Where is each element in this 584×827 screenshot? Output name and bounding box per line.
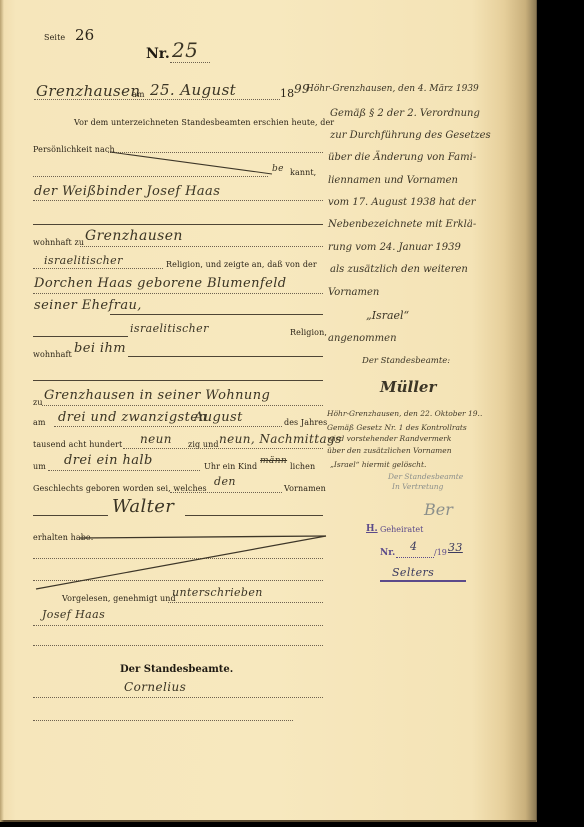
margin-note-line: Nebenbezeichnete mit Erklä- bbox=[328, 219, 476, 230]
margin-note-line: Höhr-Grenzhausen, den 22. Oktober 19.. bbox=[327, 409, 482, 418]
stamp-label: Geheiratet bbox=[380, 525, 423, 534]
stamp-nr-value: 4 bbox=[410, 540, 417, 553]
margin-note-signature: Ber bbox=[424, 500, 453, 519]
margin-note-line: über den zusätzlichen Vornamen bbox=[327, 446, 452, 455]
margin-note-signer-sub: In Vertretung bbox=[392, 482, 443, 491]
margin-note-line: „Israel“ hiermit gelöscht. bbox=[330, 460, 426, 469]
stamp-year-value: 33 bbox=[448, 541, 463, 554]
margin-note-line: Gemäß Gesetz Nr. 1 des Kontrollrats bbox=[327, 423, 467, 432]
stamp-prefix: H. bbox=[366, 524, 378, 534]
margin-note-line: zur Durchführung des Gesetzes bbox=[330, 130, 491, 141]
margin-note-line: angenommen bbox=[328, 333, 397, 344]
margin-note-quoted-name: „Israel“ bbox=[366, 309, 409, 322]
margin-note-line: Höhr-Grenzhausen, den 4. März 1939 bbox=[306, 84, 479, 94]
margin-note-signer-title: Der Standesbeamte: bbox=[362, 356, 450, 366]
margin-note-line: als zusätzlich den weiteren bbox=[330, 264, 468, 275]
margin-note-line: rung vom 24. Januar 1939 bbox=[328, 242, 461, 253]
margin-note-line: Vornamen bbox=[328, 287, 379, 298]
stamp-nr-label: Nr. bbox=[380, 548, 395, 558]
margin-note-line: wird vorstehender Randvermerk bbox=[327, 434, 451, 443]
register-page: Seite 26 Nr. 25 Grenzhausen am 25. Augus… bbox=[0, 0, 537, 822]
margin-note-line: liennamen und Vornamen bbox=[328, 175, 458, 186]
stamp-year-prefix: /19 bbox=[434, 548, 447, 557]
margin-note-line: über die Änderung von Fami- bbox=[328, 152, 476, 163]
margin-note-signature: Müller bbox=[380, 378, 436, 396]
margin-note-line: Gemäß § 2 der 2. Verordnung bbox=[330, 108, 480, 119]
margin-note-signer-title: Der Standesbeamte bbox=[388, 472, 463, 481]
stamp-place: Selters bbox=[392, 566, 434, 579]
margin-note-line: vom 17. August 1938 hat der bbox=[328, 197, 476, 208]
